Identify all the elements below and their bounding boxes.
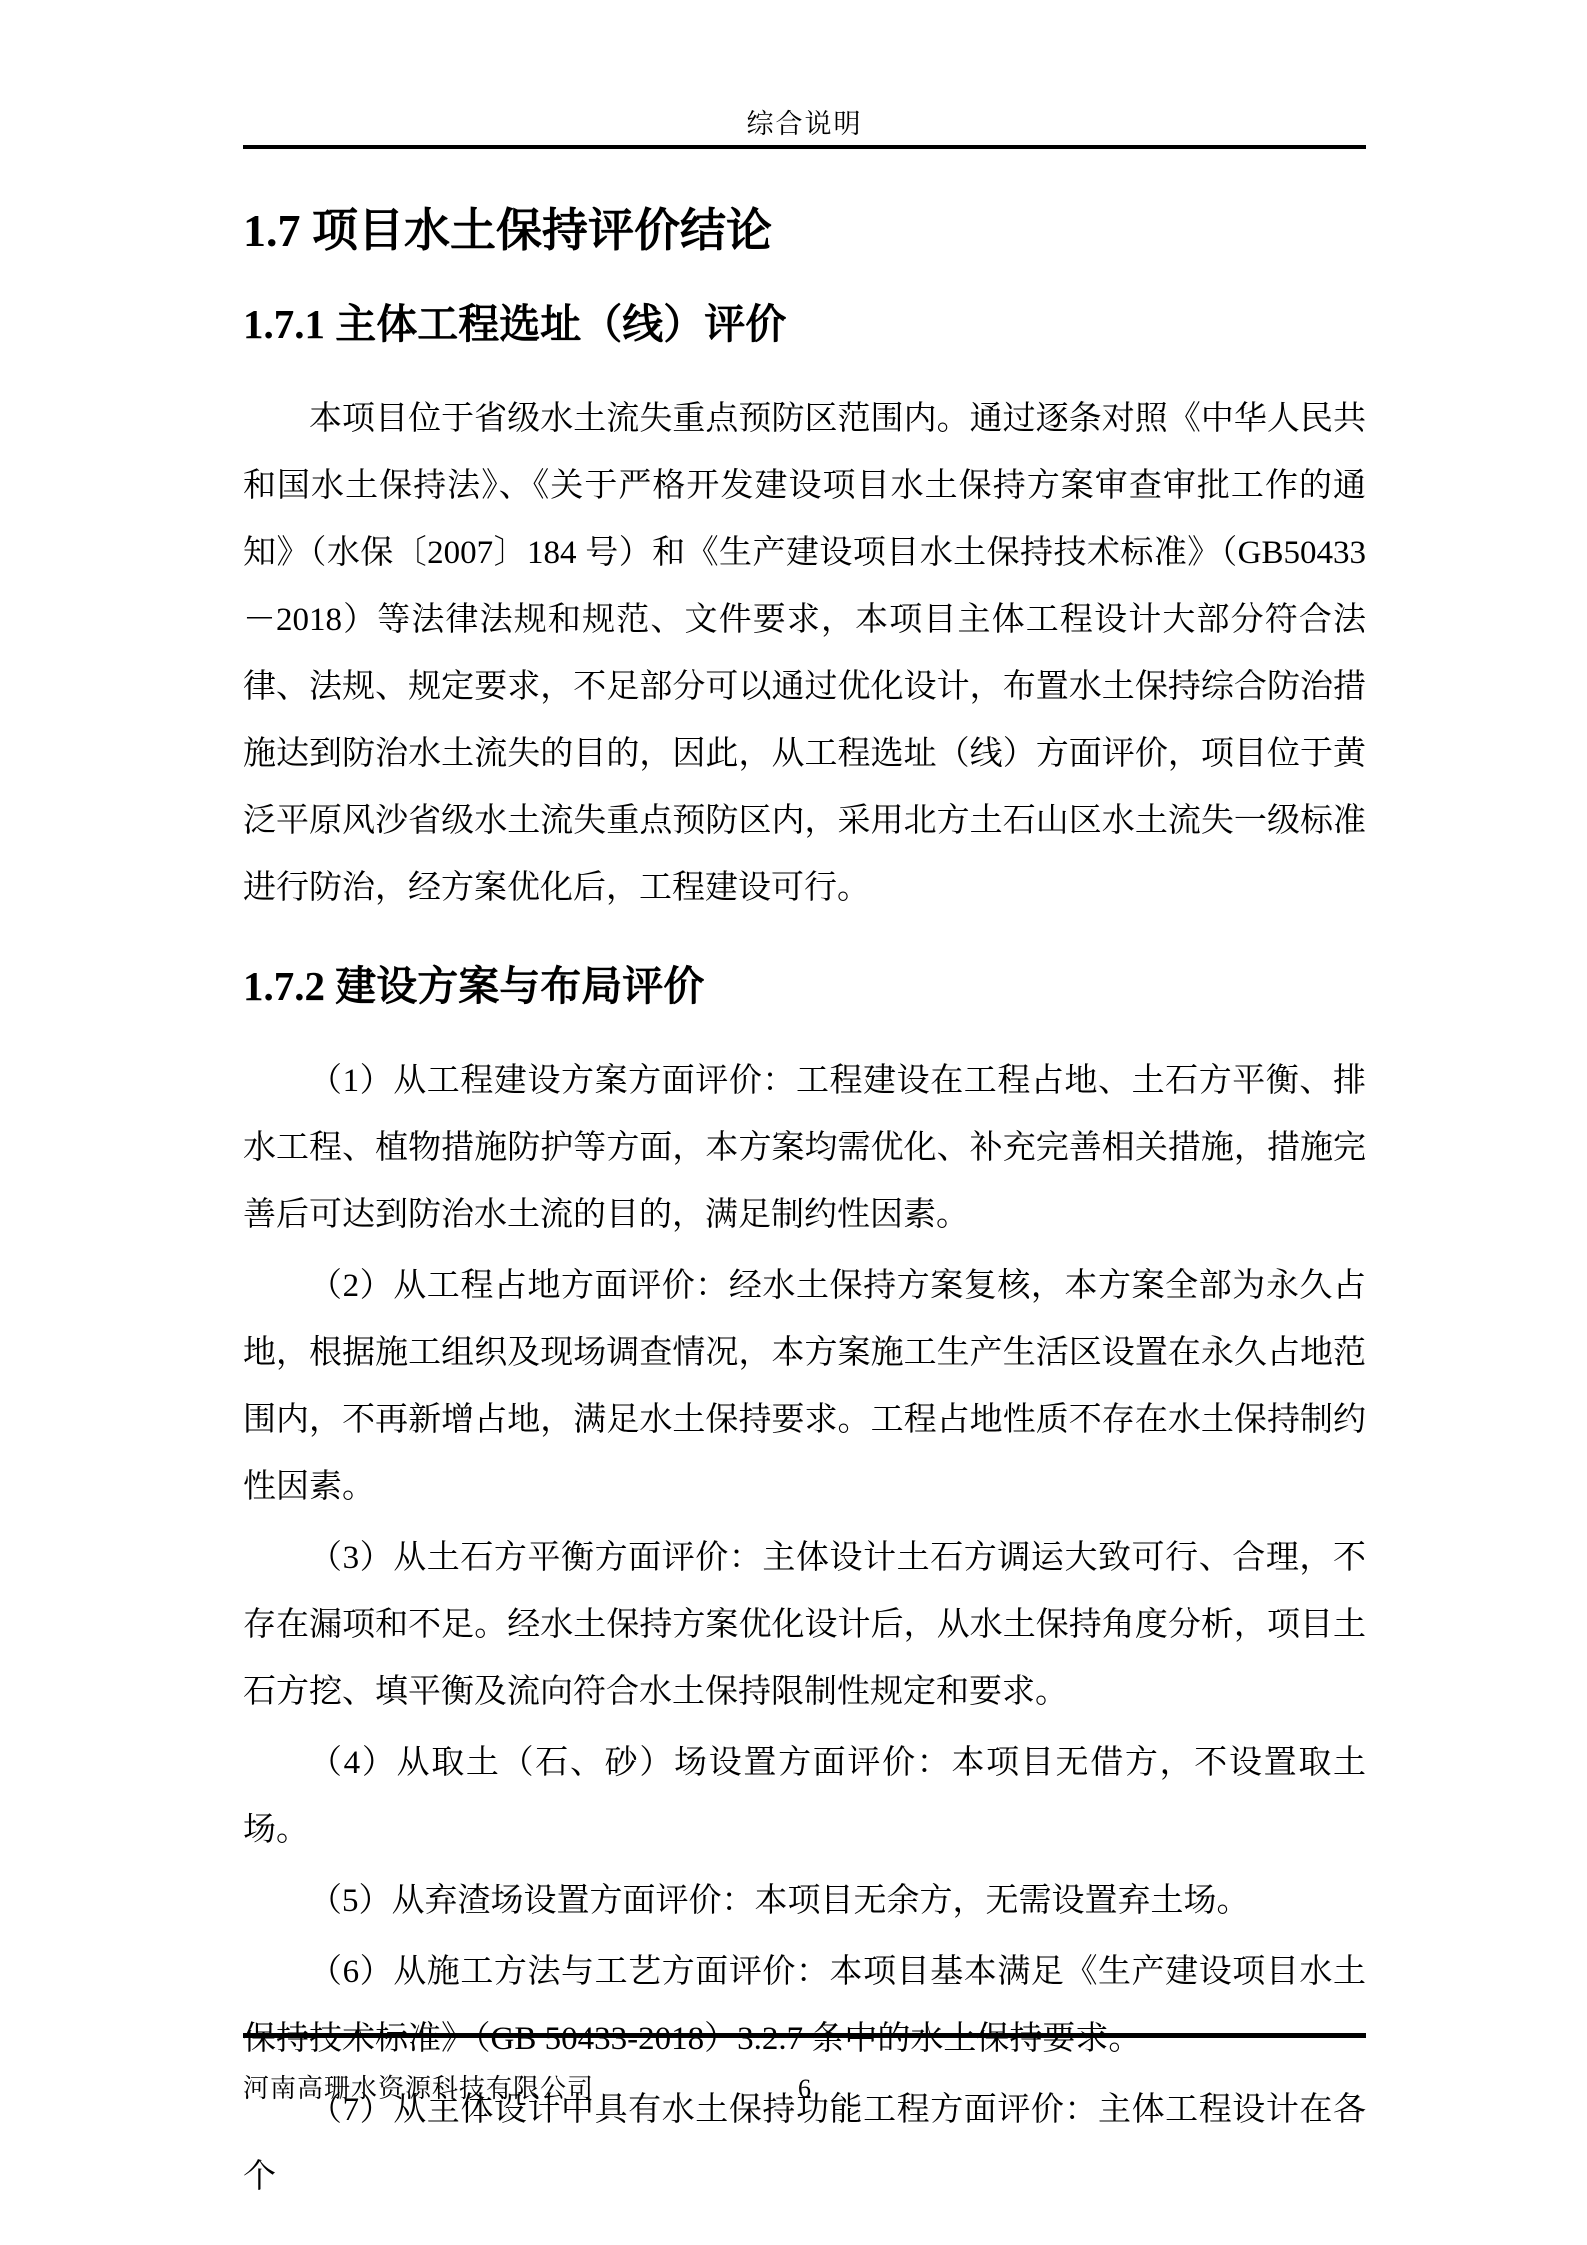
paragraph: （3）从土石方平衡方面评价：主体设计土石方调运大致可行、合理，不存在漏项和不足。… [243,1525,1366,1726]
page-header: 综合说明 [243,0,1366,149]
header-title: 综合说明 [243,108,1366,140]
paragraph: （2）从工程占地方面评价：经水土保持方案复核，本方案全部为永久占地，根据施工组织… [243,1253,1366,1521]
footer-page-number: 6 [243,2072,1366,2106]
paragraph: （4）从取土（石、砂）场设置方面评价：本项目无借方，不设置取土场。 [243,1730,1366,1864]
chapter-heading: 1.7 项目水土保持评价结论 [243,202,1366,260]
document-page: 综合说明 1.7 项目水土保持评价结论 1.7.1 主体工程选址（线）评价 本项… [0,0,1587,2245]
paragraph: （1）从工程建设方案方面评价：工程建设在工程占地、土石方平衡、排水工程、植物措施… [243,1048,1366,1249]
section-heading-1-7-1: 1.7.1 主体工程选址（线）评价 [243,298,1366,350]
paragraph: （5）从弃渣场设置方面评价：本项目无余方，无需设置弃土场。 [243,1868,1366,1935]
section-heading-1-7-2: 1.7.2 建设方案与布局评价 [243,960,1366,1012]
paragraph: 本项目位于省级水土流失重点预防区范围内。通过逐条对照《中华人民共和国水土保持法》… [243,386,1366,922]
header-divider [243,145,1366,149]
footer-divider [243,2033,1366,2038]
paragraph: （6）从施工方法与工艺方面评价：本项目基本满足《生产建设项目水土保持技术标准》（… [243,1939,1366,2073]
document-body: 1.7 项目水土保持评价结论 1.7.1 主体工程选址（线）评价 本项目位于省级… [243,150,1366,2211]
